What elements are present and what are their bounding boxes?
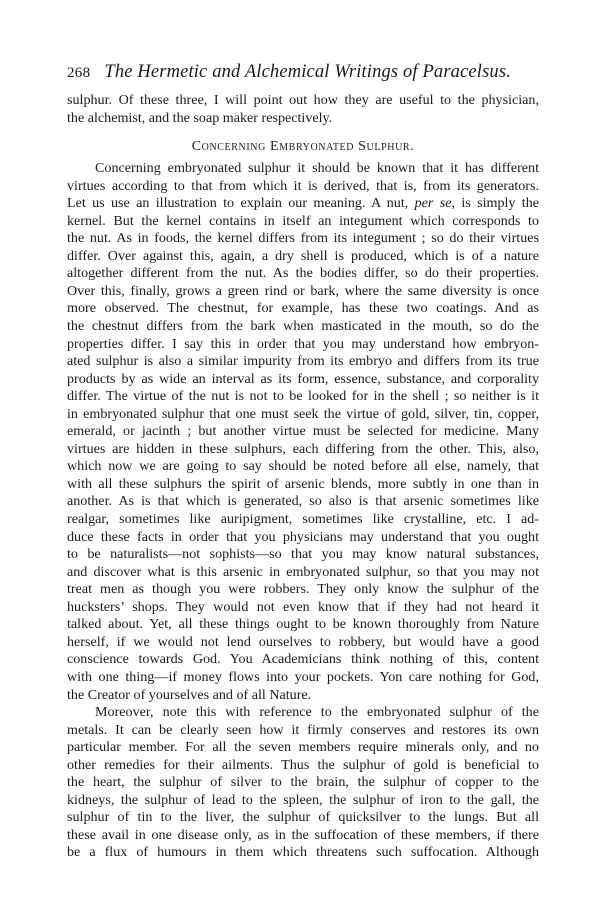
- text-line: the Creator of yourselves and of all Nat…: [67, 687, 539, 705]
- text-line: be a flux of humours in them which threa…: [67, 844, 539, 862]
- book-title: The Hermetic and Alchemical Writings of …: [104, 62, 511, 83]
- text-line: Over this, finally, grows a green rind o…: [67, 283, 539, 301]
- text-line: emerald, or jacinth ; but another virtue…: [67, 423, 539, 441]
- text-line: products by as wide an interval as its f…: [67, 371, 539, 389]
- text-line: the nut. As in foods, the kernel differs…: [67, 230, 539, 248]
- section-heading: Concerning Embryonated Sulphur.: [67, 136, 539, 158]
- text-line: the alchemist, and the soap maker respec…: [67, 110, 539, 128]
- text-line: the heart, the sulphur of silver to the …: [67, 774, 539, 792]
- text-line: with all these sulphurs the spirit of ar…: [67, 476, 539, 494]
- text-line: which now we are going to say should be …: [67, 458, 539, 476]
- text-line: more observed. The chestnut, for example…: [67, 300, 539, 318]
- text-line: ated sulphur is also a similar impurity …: [67, 353, 539, 371]
- text-line: realgar, sometimes like auripigment, som…: [67, 511, 539, 529]
- paragraph-2: Moreover, note this with reference to th…: [67, 704, 539, 862]
- text-line: talked about. Yet, all these things ough…: [67, 616, 539, 634]
- intro-text: sulphur. Of these three, I will point ou…: [67, 92, 539, 127]
- text-line: sulphur. Of these three, I will point ou…: [67, 92, 539, 110]
- paragraph-1: Concerning embryonated sulphur it should…: [67, 160, 539, 704]
- text-line: hucksters’ shops. They would not even kn…: [67, 599, 539, 617]
- text-line: altogether different from the nut. As th…: [67, 265, 539, 283]
- text-line: particular member. For all the seven mem…: [67, 739, 539, 757]
- text-line: metals. It can be clearly seen how it fi…: [67, 722, 539, 740]
- text-line: in embryonated sulphur that one must see…: [67, 406, 539, 424]
- text-line: and discover what is this arsenic in emb…: [67, 564, 539, 582]
- text-line: differ. The virtue of the nut is not to …: [67, 388, 539, 406]
- text-line: kidneys, the sulphur of lead to the sple…: [67, 792, 539, 810]
- text-line: another. As is that which is generated, …: [67, 493, 539, 511]
- text-line: with one thing—if money flows into your …: [67, 669, 539, 687]
- italic-phrase: per se: [415, 195, 452, 211]
- text-line: kernel. But the kernel contains in itsel…: [67, 213, 539, 231]
- text-line: herself, if we would not lend ourselves …: [67, 634, 539, 652]
- text-line: Concerning embryonated sulphur it should…: [67, 160, 539, 178]
- text-line: virtues according to that from which it …: [67, 178, 539, 196]
- text-line: duce these facts in order that you physi…: [67, 529, 539, 547]
- text-line: to be naturalists—not sophists—so that y…: [67, 546, 539, 564]
- text-line: the chestnut differs from the bark when …: [67, 318, 539, 336]
- running-head: 268 The Hermetic and Alchemical Writings…: [67, 62, 539, 88]
- page-number: 268: [67, 65, 90, 82]
- text-line: Let us use an illustration to explain ou…: [67, 195, 539, 213]
- text-line: virtues are hidden in these sulphurs, ea…: [67, 441, 539, 459]
- book-page: 268 The Hermetic and Alchemical Writings…: [67, 62, 539, 862]
- text-line: differ. Over against this, again, a dry …: [67, 248, 539, 266]
- text-line: treat men as though you were robbers. Th…: [67, 581, 539, 599]
- text-line: other remedies for their ailments. Thus …: [67, 757, 539, 775]
- text-line: properties differ. I say this in order t…: [67, 336, 539, 354]
- text-line: conscience towards God. You Academicians…: [67, 651, 539, 669]
- text-line: Moreover, note this with reference to th…: [67, 704, 539, 722]
- text-line: these avail in one disease only, as in t…: [67, 827, 539, 845]
- text-line: sulphur of tin to the liver, the sulphur…: [67, 809, 539, 827]
